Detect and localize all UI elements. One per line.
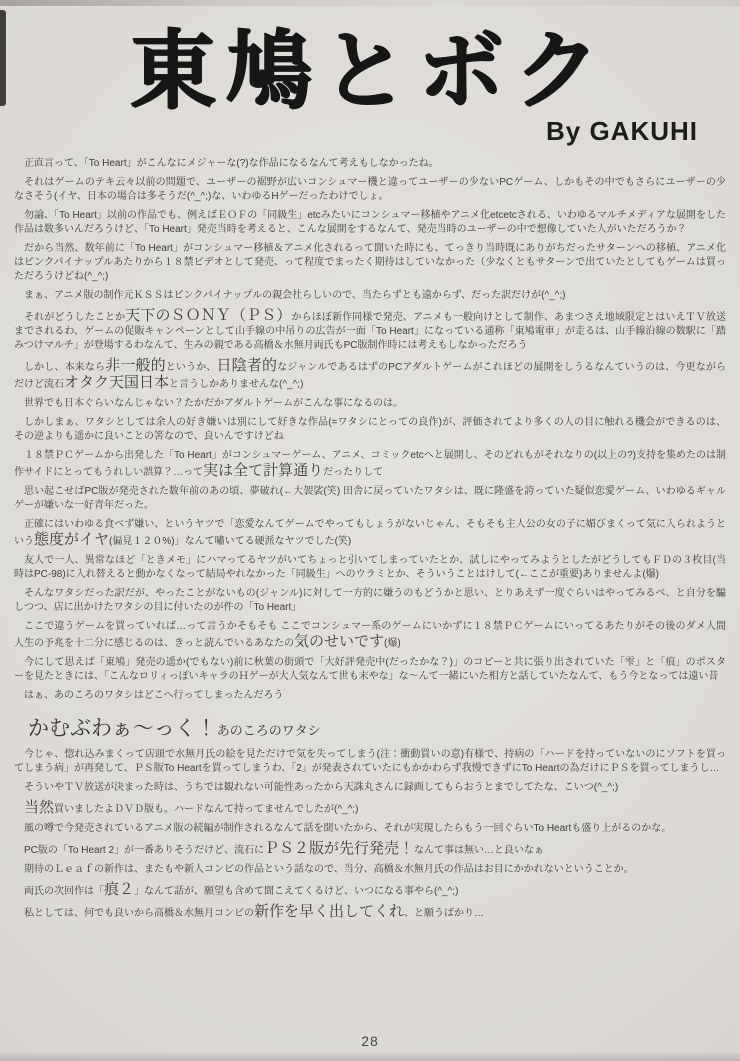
- text-segment: まぁ、アニメ版の制作元ＫＳＳはピンクパイナップルの親会社らしいので、当たらずとも…: [24, 290, 565, 301]
- text-segment: 友人で一人、異常なほど「ときメモ」にハマってるヤツがいてちょっと引いてしまってい…: [14, 555, 726, 580]
- article-body: 正直言って、「To Heart」がこんなにメジャーな(?)な作品になるなんて考え…: [14, 157, 726, 921]
- paragraph: しかしまぁ、ワタシとしては余人の好き嫌いは別にして好きな作品(=ワタシにとっての…: [14, 416, 726, 444]
- paragraph: 勿論、「To Heart」以前の作品でも、例えばＥＯＦの「同級生」etcみたいに…: [14, 209, 726, 237]
- text-segment: そんなワタシだった訳だが、やったことがないもの(ジャンル)に対して一方的に嫌うの…: [14, 588, 726, 613]
- text-segment: 私としては、何でも良いから高橋＆水無月コンビの: [24, 908, 254, 919]
- paragraph: 友人で一人、異常なほど「ときメモ」にハマってるヤツがいてちょっと引いてしまってい…: [14, 554, 726, 582]
- text-segment: しかし、本来なら: [24, 362, 105, 373]
- text-segment: だったりして: [323, 467, 383, 478]
- text-segment: と言うしかありませんな(^_^;): [169, 379, 303, 390]
- paragraph: それはゲームのテキ云々以前の問題で、ユーザーの裾野が広いコンシュマー機と違ってユ…: [14, 176, 726, 204]
- page-number: 28: [0, 1033, 740, 1049]
- text-segment: かむぶわぁ〜っく！: [28, 717, 217, 740]
- text-segment: 当然: [24, 799, 54, 816]
- paragraph: 私としては、何でも良いから高橋＆水無月コンビの新作を早く出してくれ、と願うばかり…: [14, 904, 726, 921]
- byline: By GAKUHI: [0, 116, 698, 147]
- text-segment: なんて事は無い…と良いなぁ: [414, 845, 544, 856]
- text-segment: 両氏の次回作は「: [24, 886, 104, 897]
- paragraph: 風の噂で今発売されているアニメ版の続編が制作されるなんて話を聞いたから、それが実…: [14, 822, 726, 836]
- text-segment: 実は全て計算通り: [203, 462, 323, 479]
- paragraph: そんなワタシだった訳だが、やったことがないもの(ジャンル)に対して一方的に嫌うの…: [14, 587, 726, 615]
- scan-edge-bottom: [0, 1051, 740, 1061]
- paragraph: 正確にはいわゆる食べず嫌い、というヤツで「恋愛なんてゲームでやってもしょうがない…: [14, 518, 726, 549]
- text-segment: 天下のＳＯＮＹ（ＰＳ）: [125, 307, 291, 324]
- text-segment: そういやＴＶ放送が決まった時は、うちでは観れない可能性あったから天誅丸さんに録画…: [24, 782, 618, 793]
- paragraph: そういやＴＶ放送が決まった時は、うちでは観れない可能性あったから天誅丸さんに録画…: [14, 781, 726, 795]
- text-segment: それはゲームのテキ云々以前の問題で、ユーザーの裾野が広いコンシュマー機と違ってユ…: [14, 177, 726, 202]
- paragraph: 思い起こせばPC版が発売された数年前のあの頃、夢破れ(←大袈裟(笑) 田舎に戻っ…: [14, 485, 726, 513]
- text-segment: (爆): [384, 638, 401, 649]
- text-segment: 風の噂で今発売されているアニメ版の続編が制作されるなんて話を聞いたから、それが実…: [24, 823, 671, 834]
- paragraph: まぁ、アニメ版の制作元ＫＳＳはピンクパイナップルの親会社らしいので、当たらずとも…: [14, 289, 726, 303]
- scanned-page: 東鳩とボク By GAKUHI 正直言って、「To Heart」がこんなにメジャ…: [0, 0, 740, 1061]
- text-segment: というか、: [166, 362, 217, 373]
- text-segment: 思い起こせばPC版が発売された数年前のあの頃、夢破れ(←大袈裟(笑) 田舎に戻っ…: [14, 486, 726, 511]
- text-segment: 正直言って、「To Heart」がこんなにメジャーな(?)な作品になるなんて考え…: [24, 158, 439, 169]
- paragraph: 世界でも日本ぐらいなんじゃない？たかだかアダルトゲームがこんな事になるのは。: [14, 397, 726, 411]
- text-segment: 期待のＬｅａｆの新作は、またもや新人コンビの作品という話なので、当分、高橋＆水無…: [24, 864, 634, 875]
- text-segment: 勿論、「To Heart」以前の作品でも、例えばＥＯＦの「同級生」etcみたいに…: [14, 210, 726, 235]
- paragraph: 今じゃ、惚れ込みまくって店頭で水無月氏の絵を見ただけで気を失ってしまう(注：衝動…: [14, 748, 726, 776]
- text-segment: 世界でも日本ぐらいなんじゃない？たかだかアダルトゲームがこんな事になるのは。: [24, 398, 403, 409]
- text-segment: 、と願うばかり…: [404, 908, 484, 919]
- text-segment: (偏見１２０%)」なんて嘯いてる硬派なヤツでした(笑): [109, 536, 351, 547]
- text-segment: 今にして思えば「東鳩」発売の遥か(でもない)前に秋葉の街頭で「大好評発売中(だっ…: [14, 657, 726, 682]
- text-segment: 非一般的: [105, 357, 166, 374]
- scan-edge-top: [0, 0, 740, 6]
- text-segment: 買いましたよＤＶＤ版も。ハードなんて持ってませんでしたが(^_^;): [54, 804, 358, 815]
- text-segment: オタク天国日本: [64, 374, 169, 391]
- text-segment: だから当然、数年前に「To Heart」がコンシュマー移植＆アニメ化されるって聞…: [14, 243, 726, 282]
- paragraph: ここで違うゲームを買っていれば…って言うかそもそも ここでコンシュマー系のゲーム…: [14, 620, 726, 651]
- text-segment: 態度がイヤ: [34, 531, 109, 548]
- paragraph: はぁ、あのころのワタシはどこへ行ってしまったんだろう: [14, 689, 726, 703]
- text-segment: 気のせいです: [294, 633, 384, 650]
- text-segment: ＰＳ２版が先行発売！: [264, 840, 414, 857]
- section-heading: かむぶわぁ〜っく！あのころのワタシ: [28, 717, 726, 740]
- paragraph: 期待のＬｅａｆの新作は、またもや新人コンビの作品という話なので、当分、高橋＆水無…: [14, 863, 726, 877]
- text-segment: 今じゃ、惚れ込みまくって店頭で水無月氏の絵を見ただけで気を失ってしまう(注：衝動…: [14, 749, 726, 774]
- text-segment: 日陰者的: [217, 357, 278, 374]
- text-segment: 痕２: [104, 881, 134, 898]
- text-segment: 新作を早く出してくれ: [254, 903, 404, 920]
- paragraph: しかし、本来なら非一般的というか、日陰者的なジャンルであるはずのPCアダルトゲー…: [14, 358, 726, 392]
- page-title: 東鳩とボク: [10, 26, 730, 116]
- paragraph: 今にして思えば「東鳩」発売の遥か(でもない)前に秋葉の街頭で「大好評発売中(だっ…: [14, 656, 726, 684]
- text-segment: 」なんて話が、願望も含めて聞こえてくるけど、いつになる事やら(^_^;): [134, 886, 458, 897]
- paragraph: PC版の「To Heart 2」が一番ありそうだけど、流石にＰＳ２版が先行発売！…: [14, 841, 726, 858]
- text-segment: PC版の「To Heart 2」が一番ありそうだけど、流石に: [24, 845, 264, 856]
- paragraph: 正直言って、「To Heart」がこんなにメジャーな(?)な作品になるなんて考え…: [14, 157, 726, 171]
- paragraph: １８禁ＰＣゲームから出発した「To Heart」がコンシュマーゲーム、アニメ、コ…: [14, 449, 726, 480]
- scan-edge-artifact: [0, 10, 6, 106]
- paragraph: 両氏の次回作は「痕２」なんて話が、願望も含めて聞こえてくるけど、いつになる事やら…: [14, 882, 726, 899]
- paragraph: だから当然、数年前に「To Heart」がコンシュマー移植＆アニメ化されるって聞…: [14, 242, 726, 284]
- paragraph: それがどうしたことか天下のＳＯＮＹ（ＰＳ）からほぼ新作同様で発売、アニメも一般向…: [14, 308, 726, 353]
- text-segment: それがどうしたことか: [24, 312, 125, 323]
- text-segment: しかしまぁ、ワタシとしては余人の好き嫌いは別にして好きな作品(=ワタシにとっての…: [14, 417, 726, 442]
- text-segment: はぁ、あのころのワタシはどこへ行ってしまったんだろう: [24, 690, 284, 701]
- paragraph: 当然買いましたよＤＶＤ版も。ハードなんて持ってませんでしたが(^_^;): [14, 800, 726, 817]
- text-segment: あのころのワタシ: [217, 723, 321, 738]
